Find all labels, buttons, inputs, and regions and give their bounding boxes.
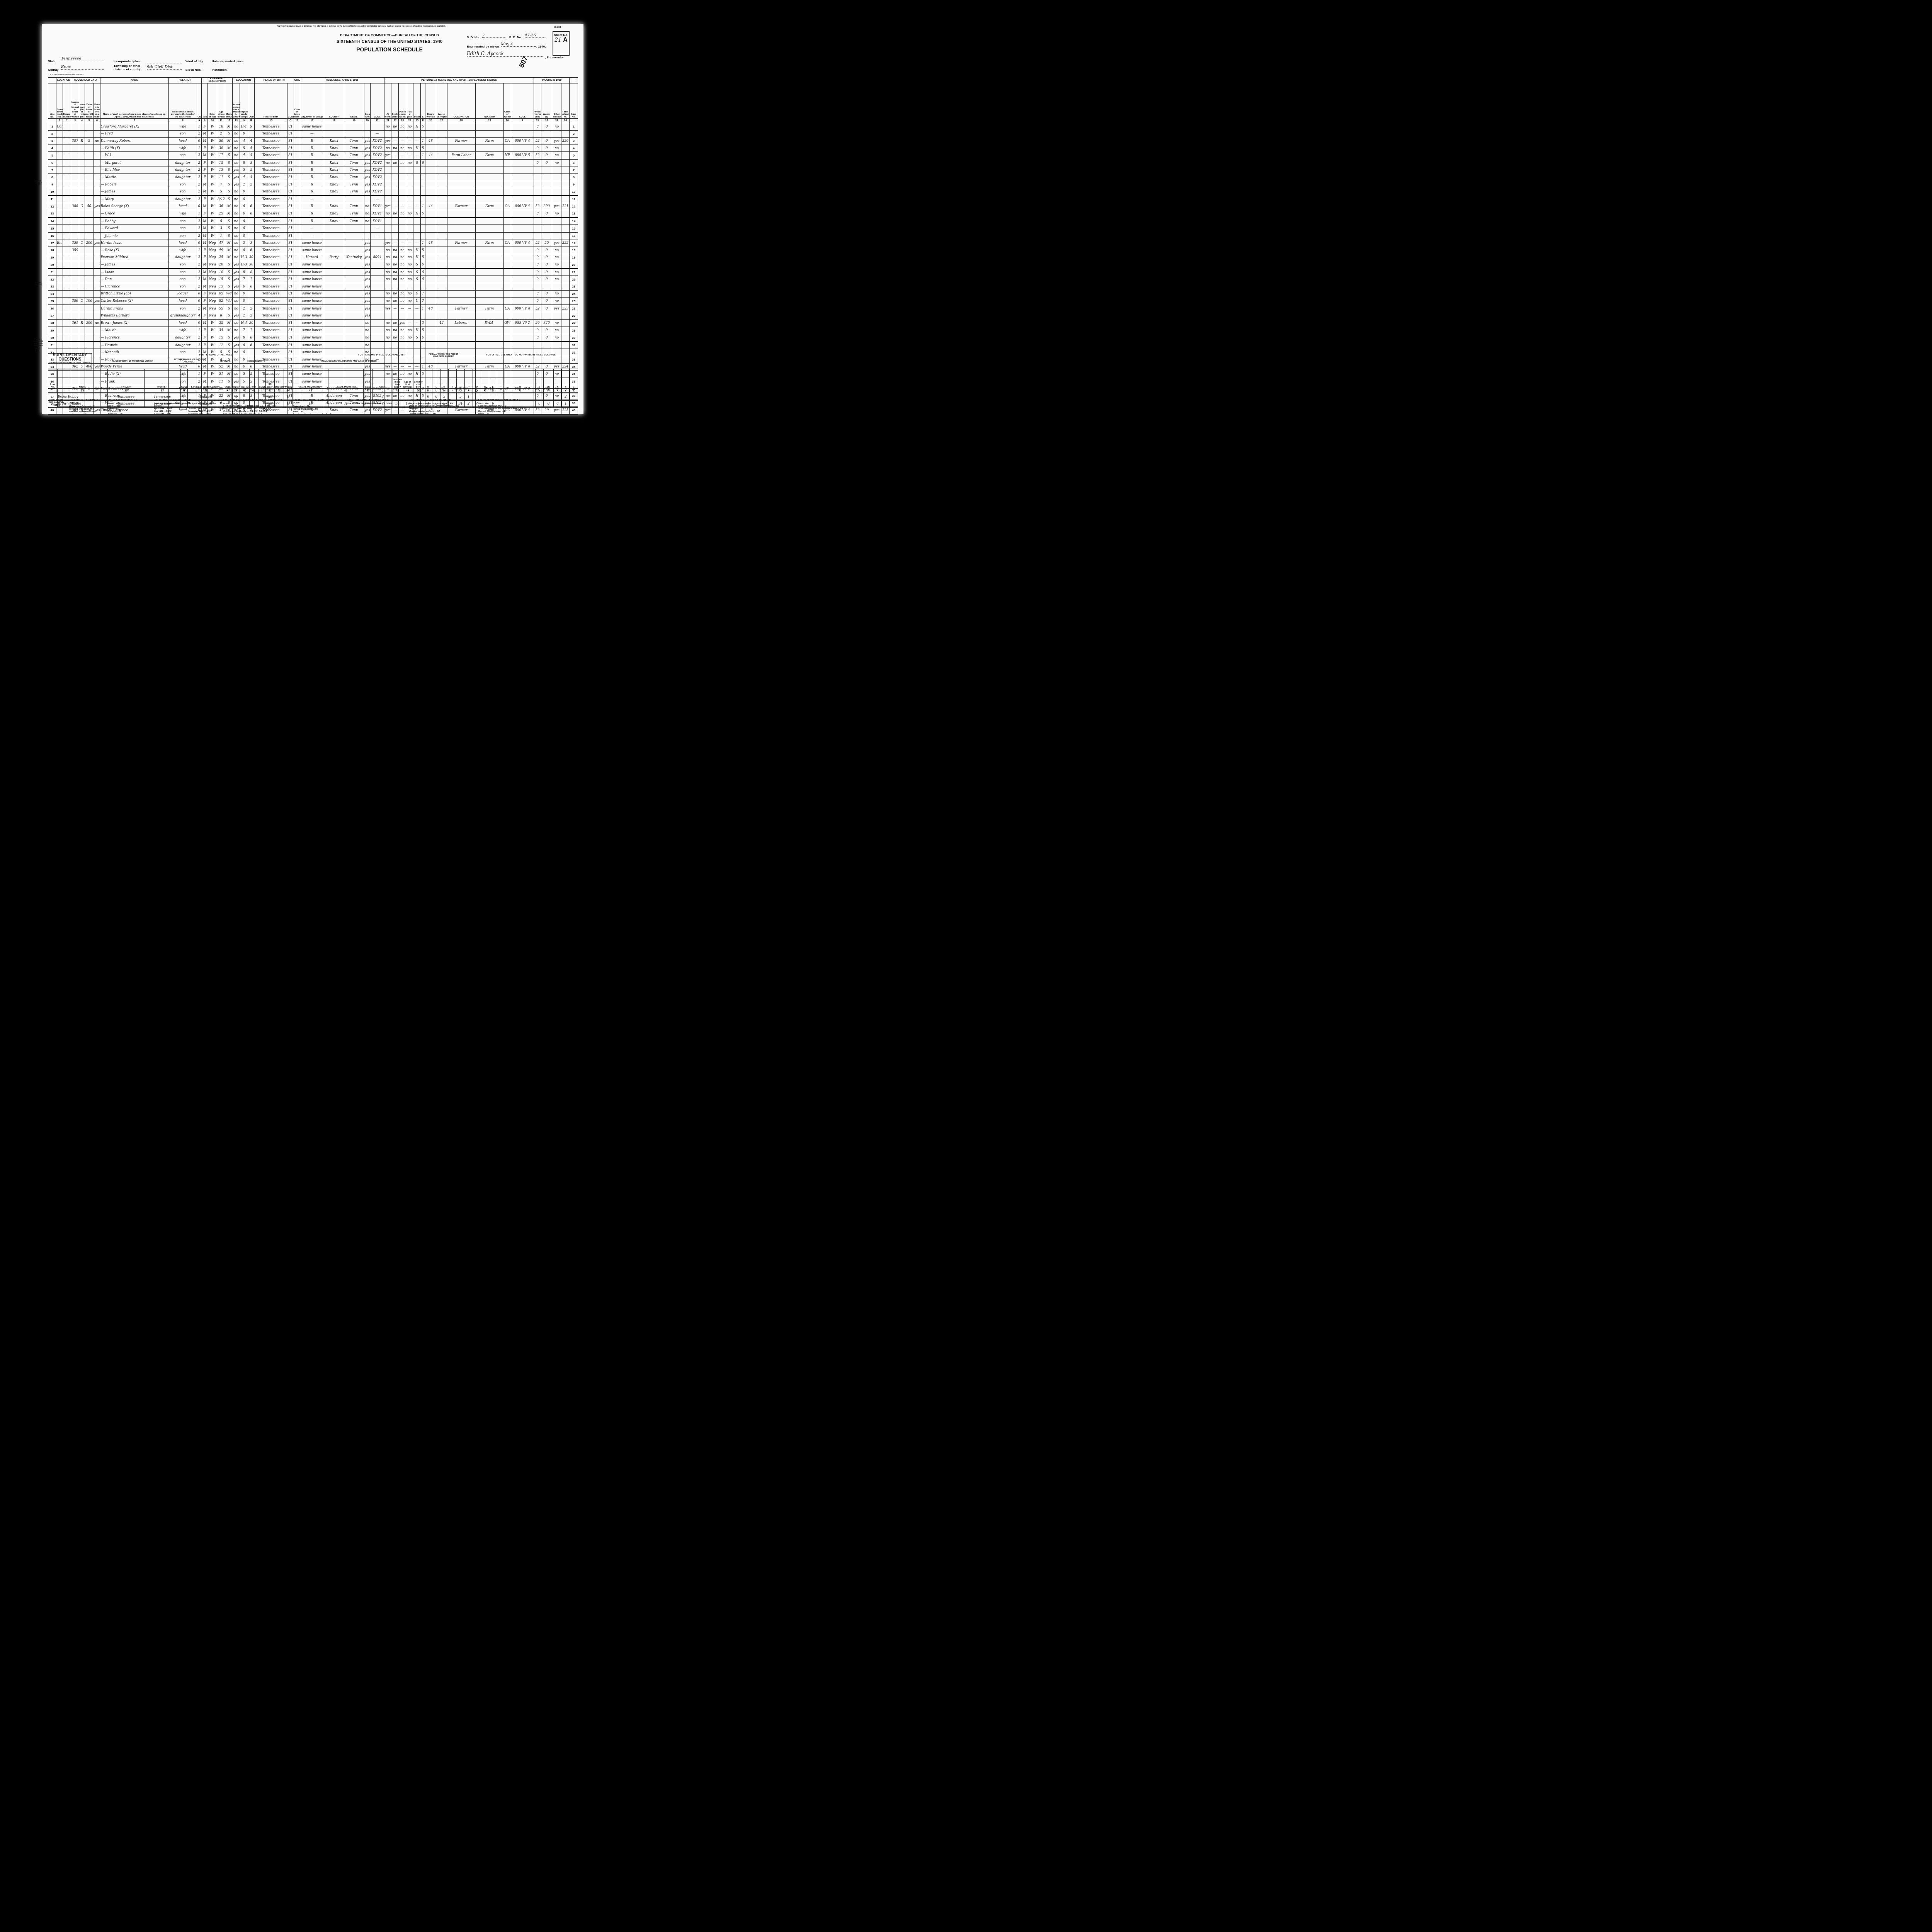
cell-rel: son bbox=[168, 276, 197, 283]
cell-res-farm: no bbox=[364, 218, 371, 225]
cell-w21: yes bbox=[384, 203, 391, 210]
cell-res-city: — bbox=[300, 225, 324, 232]
cell-farmno bbox=[561, 334, 570, 342]
cell-street bbox=[56, 283, 63, 291]
cell-value: 300 bbox=[85, 320, 94, 327]
cell-name: — Robert bbox=[100, 181, 168, 188]
cell-hh: 359 bbox=[71, 240, 79, 247]
cell-race: W bbox=[208, 181, 217, 188]
cell-grade: 8 bbox=[240, 159, 248, 167]
cell-sch: no bbox=[233, 159, 240, 167]
cell-own bbox=[79, 130, 85, 138]
cell-codeE: 3 bbox=[421, 320, 425, 327]
note-item: Working on own account ... OA bbox=[409, 410, 474, 413]
cell-hh bbox=[71, 269, 79, 276]
cell-w21: yes bbox=[384, 305, 391, 312]
cell-codeD bbox=[371, 261, 384, 269]
cell-farmno: 223 bbox=[561, 305, 570, 312]
cell-codeC: 81 bbox=[287, 283, 294, 291]
cell-own bbox=[79, 261, 85, 269]
cell-mar: M bbox=[225, 145, 233, 152]
cell-codeC: 81 bbox=[287, 305, 294, 312]
cell-wks bbox=[436, 218, 447, 225]
cell-sex: M bbox=[201, 181, 208, 188]
cell-w25: — bbox=[413, 203, 421, 210]
supp-header-cell: Q bbox=[473, 369, 481, 389]
sheet-number: 21 bbox=[554, 37, 561, 43]
cell-w23: no bbox=[399, 261, 406, 269]
cell-birth: Tennessee bbox=[255, 261, 287, 269]
cell-cit bbox=[294, 138, 300, 145]
cell-w23: no bbox=[399, 247, 406, 254]
cell-house bbox=[63, 210, 71, 218]
cell-wkw: 0 bbox=[534, 247, 541, 254]
cell-codeB: 2 bbox=[248, 305, 255, 312]
cell-sex: M bbox=[201, 218, 208, 225]
cell-res-farm: yes bbox=[364, 152, 371, 159]
cell-name: Boles George (X) bbox=[100, 203, 168, 210]
cell-ind bbox=[475, 283, 503, 291]
cell-wkw: 0 bbox=[534, 123, 541, 131]
hdr-value: Value of home or monthly rental bbox=[85, 83, 94, 119]
cell-wage bbox=[541, 188, 552, 196]
census-row: 7— Ella Maedaughter2FW13Syes55Tennessee8… bbox=[48, 167, 578, 174]
cell-res-state bbox=[344, 240, 364, 247]
group-employment: PERSONS 14 YEARS OLD AND OVER—EMPLOYMENT… bbox=[384, 78, 534, 83]
cell-hrs bbox=[425, 210, 436, 218]
cell-mar: M bbox=[225, 327, 233, 334]
cell-age: 36 bbox=[217, 203, 225, 210]
census-row: 14— Bobbyson2MW5Sno0Tennessee81RKnoxTenn… bbox=[48, 218, 578, 225]
cell-wage bbox=[541, 283, 552, 291]
column-number: 26 bbox=[425, 119, 436, 123]
group-birth: PLACE OF BIRTH bbox=[255, 78, 294, 83]
cell-farmno bbox=[561, 276, 570, 283]
cell-age: 18 bbox=[217, 123, 225, 131]
cell-age: 20 bbox=[217, 261, 225, 269]
cell-w25: H bbox=[413, 145, 421, 152]
cell-sch: no bbox=[233, 247, 240, 254]
cell-oth: no bbox=[552, 298, 561, 305]
census-row: 18359— Rose (X)wife1FNeg49Mno66Tennessee… bbox=[48, 247, 578, 254]
cell-codeD: XOV2 bbox=[371, 167, 384, 174]
cell-res-farm bbox=[364, 123, 371, 131]
note-item: May 1939 ... 10/12 bbox=[154, 410, 185, 413]
township-label: Township or other division of county bbox=[114, 64, 145, 71]
cell-hrs bbox=[425, 145, 436, 152]
census-row: 13— Gracewife1FW25Mno66Tennessee81RKnoxT… bbox=[48, 210, 578, 218]
cell-res-farm: no bbox=[364, 320, 371, 327]
cell-mar: S bbox=[225, 312, 233, 320]
cell-codeD bbox=[371, 283, 384, 291]
cell-sex: F bbox=[201, 327, 208, 334]
hdr-status: Status bbox=[413, 83, 421, 119]
line-number-right: 29 bbox=[570, 327, 578, 334]
cell-rel: son bbox=[168, 130, 197, 138]
cell-codeC: 81 bbox=[287, 320, 294, 327]
cell-value bbox=[85, 181, 94, 188]
cell-grade: 4 bbox=[240, 174, 248, 181]
cell-grade: H-4 bbox=[240, 320, 248, 327]
cell-cit bbox=[294, 145, 300, 152]
cell-w22: — bbox=[391, 138, 399, 145]
cell-oth: no bbox=[552, 269, 561, 276]
cell-codeC: 81 bbox=[287, 138, 294, 145]
note-item: Spanish-American War ... S bbox=[478, 405, 544, 408]
cell-res-state: Tenn bbox=[344, 167, 364, 174]
cell-street bbox=[56, 269, 63, 276]
cell-occ bbox=[447, 181, 475, 188]
cell-own bbox=[79, 145, 85, 152]
cell-race: W bbox=[208, 320, 217, 327]
cell-farm bbox=[94, 290, 100, 298]
cell-occ bbox=[447, 159, 475, 167]
cell-own bbox=[79, 327, 85, 334]
cell-grade: 6 bbox=[240, 247, 248, 254]
cell-codeD: XOV1 bbox=[371, 203, 384, 210]
cell-farmno bbox=[561, 356, 570, 364]
cell-res-farm: no bbox=[364, 327, 371, 334]
cell-oth bbox=[552, 342, 561, 349]
cell-oth: no bbox=[552, 152, 561, 159]
sd-value: 2 bbox=[482, 33, 505, 38]
line-number-right: 7 bbox=[570, 167, 578, 174]
cell-w24: no bbox=[406, 145, 413, 152]
cell-race: W bbox=[208, 203, 217, 210]
line-number-right: 16 bbox=[570, 232, 578, 240]
cell-name: — James bbox=[100, 188, 168, 196]
group-lineno-right bbox=[570, 78, 578, 83]
cell-value: 50 bbox=[85, 203, 94, 210]
cell-res-county: Knox bbox=[324, 159, 344, 167]
notes-col14-list: None ... 0Elementary school, 1st to 8th … bbox=[223, 403, 289, 415]
cell-w23: no bbox=[399, 145, 406, 152]
cell-grade: H-3 bbox=[240, 254, 248, 261]
cell-farm: yes bbox=[94, 298, 100, 305]
cell-own bbox=[79, 225, 85, 232]
column-number: A bbox=[197, 119, 202, 123]
cell-house bbox=[63, 327, 71, 334]
note-item: Naturalized ... Na bbox=[293, 405, 343, 408]
cell-res-city: same house bbox=[300, 342, 324, 349]
cell-race: W bbox=[208, 196, 217, 203]
cell-hrs bbox=[425, 312, 436, 320]
column-number: 17 bbox=[300, 119, 324, 123]
cell-hrs bbox=[425, 232, 436, 240]
cell-street bbox=[56, 218, 63, 225]
cell-house bbox=[63, 159, 71, 167]
cell-sch: yes bbox=[233, 334, 240, 342]
cell-wks bbox=[436, 210, 447, 218]
column-number: 4 bbox=[79, 119, 85, 123]
cell-w23: no bbox=[399, 123, 406, 131]
cell-res-city: same house bbox=[300, 276, 324, 283]
cell-wkw bbox=[534, 225, 541, 232]
cell-rel: son bbox=[168, 269, 197, 276]
cell-grade: 2 bbox=[240, 312, 248, 320]
cell-codeF bbox=[511, 188, 534, 196]
note-item: Indian ... In bbox=[107, 408, 150, 410]
enumerated-label: Enumerated by me on bbox=[467, 45, 499, 48]
cell-wage bbox=[541, 167, 552, 174]
cell-codeD bbox=[371, 123, 384, 131]
cell-wage: 0 bbox=[541, 334, 552, 342]
cell-wks bbox=[436, 130, 447, 138]
cell-res-county bbox=[324, 130, 344, 138]
cell-hrs bbox=[425, 342, 436, 349]
cell-codeC: 81 bbox=[287, 342, 294, 349]
cell-farmno bbox=[561, 327, 570, 334]
cell-codeF: 000 VV 4 bbox=[511, 203, 534, 210]
cell-cls: OA bbox=[504, 305, 511, 312]
cell-cls bbox=[504, 269, 511, 276]
cell-res-farm: yes bbox=[364, 181, 371, 188]
cell-own bbox=[79, 174, 85, 181]
supp-sub-social-security: SOCIAL SECURITY bbox=[243, 360, 270, 362]
cell-w21: no bbox=[384, 145, 391, 152]
cell-codeF bbox=[511, 298, 534, 305]
cell-name: — James bbox=[100, 261, 168, 269]
cell-farmno bbox=[561, 174, 570, 181]
cell-grade: 0 bbox=[240, 188, 248, 196]
cell-house bbox=[63, 276, 71, 283]
cell-codeD: XOV2 bbox=[371, 145, 384, 152]
cell-res-state bbox=[344, 225, 364, 232]
census-row: 4— Edith (X)wife1FW38Mno55Tennessee81RKn… bbox=[48, 145, 578, 152]
cell-wks bbox=[436, 167, 447, 174]
cell-mar: M bbox=[225, 210, 233, 218]
census-row: 29— Maudewife1FW34Mno77Tennessee81same h… bbox=[48, 327, 578, 334]
cell-mar: S bbox=[225, 196, 233, 203]
cell-hrs bbox=[425, 218, 436, 225]
cell-res-farm: yes bbox=[364, 254, 371, 261]
cell-sex: M bbox=[201, 203, 208, 210]
cell-w21: no bbox=[384, 247, 391, 254]
cell-w21: yes bbox=[384, 152, 391, 159]
line-number: 2 bbox=[48, 130, 56, 138]
cell-wage: 0 bbox=[541, 327, 552, 334]
cell-street bbox=[56, 312, 63, 320]
household-continued-checkbox[interactable]: ✕ bbox=[36, 349, 40, 352]
note-item: Regular establishment ... R bbox=[478, 410, 544, 413]
cell-w21 bbox=[384, 174, 391, 181]
cell-res-county bbox=[324, 196, 344, 203]
cell-w24 bbox=[406, 196, 413, 203]
cell-own bbox=[79, 276, 85, 283]
cell-codeE: 7 bbox=[421, 290, 425, 298]
supp-column-number: O bbox=[456, 389, 464, 393]
census-row: 9— Robertson2MW7Syes22Tennessee81RKnoxTe… bbox=[48, 181, 578, 188]
cell-grade: 3 bbox=[240, 240, 248, 247]
cell-w25 bbox=[413, 188, 421, 196]
cell-w21: no bbox=[384, 276, 391, 283]
cell-w24 bbox=[406, 225, 413, 232]
cell-res-county bbox=[324, 290, 344, 298]
hdr-at-work: At work? bbox=[384, 83, 391, 119]
cell-w24 bbox=[406, 130, 413, 138]
cell-farm: yes bbox=[94, 240, 100, 247]
cell-grade: 0 bbox=[240, 225, 248, 232]
cell-farm bbox=[94, 196, 100, 203]
cell-grade: 0 bbox=[240, 290, 248, 298]
cell-hh bbox=[71, 327, 79, 334]
cell-w25: — bbox=[413, 305, 421, 312]
cell-street bbox=[56, 305, 63, 312]
cell-farmno bbox=[561, 298, 570, 305]
hdr-has-job: Has a job? bbox=[406, 83, 413, 119]
hdr-code-e: E bbox=[421, 83, 425, 119]
cell-res-city: — bbox=[300, 130, 324, 138]
cell-codeB: 4 bbox=[248, 174, 255, 181]
supp-column-number: Q bbox=[473, 389, 481, 393]
cell-sch: no bbox=[233, 320, 240, 327]
line-number: 21 bbox=[48, 269, 56, 276]
cell-codeB: 6 bbox=[248, 203, 255, 210]
cell-codeF: 988 V9 2 bbox=[511, 320, 534, 327]
cell-codeC: 81 bbox=[287, 167, 294, 174]
cell-house bbox=[63, 290, 71, 298]
cell-house bbox=[63, 269, 71, 276]
cell-name: — W. L. bbox=[100, 152, 168, 159]
cell-wks bbox=[436, 181, 447, 188]
cell-cls: NP bbox=[504, 152, 511, 159]
cell-cit bbox=[294, 349, 300, 356]
cell-hh: 387 bbox=[71, 138, 79, 145]
census-row: 15— Edwardson2MW3Sno0Tennessee81——15 bbox=[48, 225, 578, 232]
supp-column-number: V bbox=[535, 389, 543, 393]
supp-header-cell: War bbox=[249, 369, 259, 389]
line-number-right: 13 bbox=[570, 210, 578, 218]
cell-codeD bbox=[371, 327, 384, 334]
column-number: 31 bbox=[534, 119, 541, 123]
cell-age: 55 bbox=[217, 305, 225, 312]
column-number: 22 bbox=[391, 119, 399, 123]
cell-res-city: R bbox=[300, 210, 324, 218]
cell-w24: no bbox=[406, 269, 413, 276]
cell-res-state bbox=[344, 312, 364, 320]
cell-sch: yes bbox=[233, 261, 240, 269]
cell-farmno bbox=[561, 152, 570, 159]
note-item: Elementary school, 1st to 8th grade ... … bbox=[223, 405, 289, 408]
cell-name: Williams Barbara bbox=[100, 312, 168, 320]
cell-rel: head bbox=[168, 240, 197, 247]
hdr-code-f: CODE bbox=[511, 83, 534, 119]
cell-birth: Tennessee bbox=[255, 334, 287, 342]
cell-rel: daughter bbox=[168, 334, 197, 342]
cell-farm bbox=[94, 188, 100, 196]
cell-w25: — bbox=[413, 138, 421, 145]
line-number-right: 2 bbox=[570, 130, 578, 138]
line-number: 8 bbox=[48, 174, 56, 181]
cell-res-state bbox=[344, 232, 364, 240]
supp-header-cell: Y bbox=[561, 369, 570, 389]
cell-wks bbox=[436, 159, 447, 167]
hdr-public-emerg: Public emerg. work? bbox=[399, 83, 406, 119]
cell-ind: Farm bbox=[475, 305, 503, 312]
cell-w24: no bbox=[406, 327, 413, 334]
cell-codeE: 1 bbox=[421, 138, 425, 145]
cell-rel: head bbox=[168, 320, 197, 327]
cell-res-city: same house bbox=[300, 349, 324, 356]
cell-hrs bbox=[425, 334, 436, 342]
cell-sch: no bbox=[233, 254, 240, 261]
cell-sch: no bbox=[233, 240, 240, 247]
cell-wks bbox=[436, 145, 447, 152]
cell-rel: daughter bbox=[168, 196, 197, 203]
supp-group-office: FOR OFFICE USE ONLY—DO NOT WRITE IN THES… bbox=[471, 354, 571, 356]
supp-column-number: 42 bbox=[265, 389, 275, 393]
cell-oth bbox=[552, 356, 561, 364]
cell-own bbox=[79, 152, 85, 159]
line-number: 27 bbox=[48, 312, 56, 320]
supp-column-number: 43 bbox=[275, 389, 284, 393]
group-relation: RELATION bbox=[168, 78, 201, 83]
cell-codeC: 81 bbox=[287, 203, 294, 210]
cell-w22: — bbox=[391, 305, 399, 312]
cell-farmno bbox=[561, 196, 570, 203]
cell-codeE: 5 bbox=[421, 247, 425, 254]
cell-race: Neg bbox=[208, 261, 217, 269]
cell-wks bbox=[436, 196, 447, 203]
cell-own: O bbox=[79, 203, 85, 210]
cell-hrs bbox=[425, 188, 436, 196]
cell-own bbox=[79, 312, 85, 320]
cell-sch: no bbox=[233, 218, 240, 225]
line-number-right: 26 bbox=[570, 305, 578, 312]
cell-house bbox=[63, 196, 71, 203]
cell-w23: no bbox=[399, 210, 406, 218]
cell-grade: 2 bbox=[240, 181, 248, 188]
cell-codeD: 8094 bbox=[371, 254, 384, 261]
line-number-right: 11 bbox=[570, 196, 578, 203]
cell-wkw: 52 bbox=[534, 305, 541, 312]
line-number: 11 bbox=[48, 196, 56, 203]
cell-birth: Tennessee bbox=[255, 203, 287, 210]
cell-hrs bbox=[425, 159, 436, 167]
cell-hh bbox=[71, 123, 79, 131]
supp-header-cell: NAME bbox=[57, 369, 108, 389]
cell-race: W bbox=[208, 225, 217, 232]
cell-sex: M bbox=[201, 225, 208, 232]
cell-value bbox=[85, 276, 94, 283]
cell-grade: 7 bbox=[240, 276, 248, 283]
cell-occ bbox=[447, 261, 475, 269]
cell-ind bbox=[475, 261, 503, 269]
line-number: 16 bbox=[48, 232, 56, 240]
cell-ind bbox=[475, 327, 503, 334]
hdr-wages: Wages ($) bbox=[541, 83, 552, 119]
cell-wage: 320 bbox=[541, 320, 552, 327]
cell-codeB: 6 bbox=[248, 210, 255, 218]
cell-res-county: Knox bbox=[324, 145, 344, 152]
cell-birth: Tennessee bbox=[255, 342, 287, 349]
cell-race: W bbox=[208, 218, 217, 225]
cell-farm bbox=[94, 123, 100, 131]
cell-occ: Farm Labor bbox=[447, 152, 475, 159]
cell-name: — Grace bbox=[100, 210, 168, 218]
cell-grade: 4 bbox=[240, 152, 248, 159]
notes-col11-list: April 1939 ... 11/12May 1939 ... 10/12Ju… bbox=[154, 408, 219, 414]
cell-own bbox=[79, 196, 85, 203]
cell-codeB bbox=[248, 225, 255, 232]
cell-w23 bbox=[399, 130, 406, 138]
cell-wks bbox=[436, 283, 447, 291]
cell-street bbox=[56, 196, 63, 203]
cell-rel: daughter bbox=[168, 254, 197, 261]
census-row: 25386O100yesCarter Rebecca (X)head0FNeg8… bbox=[48, 298, 578, 305]
cell-sex: F bbox=[201, 312, 208, 320]
line-number: 7 bbox=[48, 167, 56, 174]
